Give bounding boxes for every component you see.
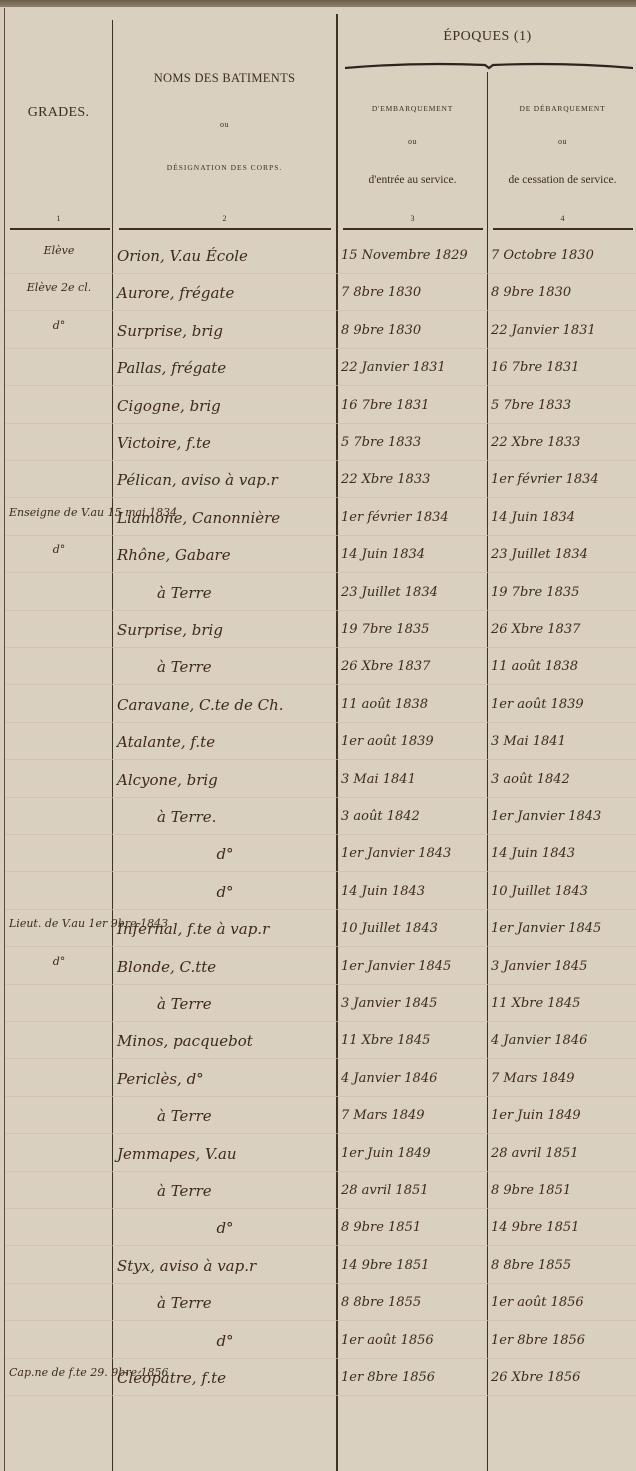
grade-cell xyxy=(9,1063,109,1104)
grade-cell xyxy=(9,876,109,917)
vessel-name-cell: Jemmapes, V.au xyxy=(117,1138,333,1175)
vessel-name-cell: Alcyone, brig xyxy=(117,764,333,801)
embarkation-date-cell: 7 8bre 1830 xyxy=(341,277,485,314)
header-noms-batiments: NOMS DES BATIMENTS xyxy=(113,71,336,86)
grade-cell xyxy=(9,689,109,730)
embarkation-date-cell: 1er Janvier 1843 xyxy=(341,838,485,875)
table-row: ElèveOrion, V.au École15 Novembre 18297 … xyxy=(5,240,636,277)
disembarkation-date-cell: 16 7bre 1831 xyxy=(491,352,635,389)
disembarkation-date-cell: 1er août 1856 xyxy=(491,1287,635,1324)
vessel-name-cell: à Terre. xyxy=(117,801,333,838)
disembarkation-date-cell: 8 9bre 1830 xyxy=(491,277,635,314)
column-number-1: 1 xyxy=(5,214,112,223)
disembarkation-date-cell: 26 Xbre 1856 xyxy=(491,1362,635,1399)
disembarkation-date-cell: 8 8bre 1855 xyxy=(491,1250,635,1287)
embarkation-date-cell: 16 7bre 1831 xyxy=(341,390,485,427)
disembarkation-date-cell: 8 9bre 1851 xyxy=(491,1175,635,1212)
embarkation-date-cell: 14 Juin 1843 xyxy=(341,876,485,913)
disembarkation-date-cell: 3 Janvier 1845 xyxy=(491,951,635,988)
header-cessation-service: de cessation de service. xyxy=(488,174,636,186)
epoques-brace-icon xyxy=(345,60,633,70)
disembarkation-date-cell: 5 7bre 1833 xyxy=(491,390,635,427)
header-underline-1 xyxy=(10,228,110,230)
disembarkation-date-cell: 4 Janvier 1846 xyxy=(491,1025,635,1062)
embarkation-date-cell: 10 Juillet 1843 xyxy=(341,913,485,950)
grade-cell xyxy=(9,427,109,468)
vessel-name-cell: d° xyxy=(117,838,333,875)
header-noms-ou: ou xyxy=(113,120,336,129)
embarkation-date-cell: 8 9bre 1851 xyxy=(341,1212,485,1249)
disembarkation-date-cell: 22 Xbre 1833 xyxy=(491,427,635,464)
table-row: à Terre.3 août 18421er Janvier 1843 xyxy=(5,801,636,838)
embarkation-date-cell: 11 Xbre 1845 xyxy=(341,1025,485,1062)
disembarkation-date-cell: 3 Mai 1841 xyxy=(491,726,635,763)
column-number-2: 2 xyxy=(113,214,336,223)
grade-cell xyxy=(9,764,109,805)
header-entree-service: d'entrée au service. xyxy=(338,174,487,186)
header-designation-corps: DÉSIGNATION DES CORPS. xyxy=(113,163,336,172)
embarkation-date-cell: 1er février 1834 xyxy=(341,502,485,539)
vessel-name-cell: d° xyxy=(117,1212,333,1249)
grade-cell: d° xyxy=(9,539,109,580)
embarkation-date-cell: 8 8bre 1855 xyxy=(341,1287,485,1324)
disembarkation-date-cell: 1er août 1839 xyxy=(491,689,635,726)
table-row: Pallas, frégate22 Janvier 183116 7bre 18… xyxy=(5,352,636,389)
disembarkation-date-cell: 23 Juillet 1834 xyxy=(491,539,635,576)
header-debarquement: DE DÉBARQUEMENT xyxy=(488,104,636,113)
disembarkation-date-cell: 1er 8bre 1856 xyxy=(491,1325,635,1362)
table-row: Cap.ne de f.te 29. 9bre 1856Cléopatre, f… xyxy=(5,1362,636,1399)
vessel-name-cell: d° xyxy=(117,876,333,913)
grade-cell xyxy=(9,1287,109,1328)
disembarkation-date-cell: 7 Octobre 1830 xyxy=(491,240,635,277)
disembarkation-date-cell: 14 Juin 1843 xyxy=(491,838,635,875)
disembarkation-date-cell: 1er Janvier 1843 xyxy=(491,801,635,838)
embarkation-date-cell: 19 7bre 1835 xyxy=(341,614,485,651)
embarkation-date-cell: 22 Xbre 1833 xyxy=(341,464,485,501)
vessel-name-cell: Pallas, frégate xyxy=(117,352,333,389)
vessel-name-cell: Aurore, frégate xyxy=(117,277,333,314)
grade-cell xyxy=(9,464,109,505)
embarkation-date-cell: 3 août 1842 xyxy=(341,801,485,838)
vessel-name-cell: à Terre xyxy=(117,1100,333,1137)
grade-cell: d° xyxy=(9,951,109,992)
grade-cell xyxy=(9,651,109,692)
table-row: d°Rhône, Gabare14 Juin 183423 Juillet 18… xyxy=(5,539,636,576)
vessel-name-cell: Infernal, f.te à vap.r xyxy=(117,913,333,950)
header-underline-2 xyxy=(119,228,331,230)
embarkation-date-cell: 3 Mai 1841 xyxy=(341,764,485,801)
disembarkation-date-cell: 7 Mars 1849 xyxy=(491,1063,635,1100)
embarkation-date-cell: 23 Juillet 1834 xyxy=(341,577,485,614)
embarkation-date-cell: 22 Janvier 1831 xyxy=(341,352,485,389)
vessel-name-cell: à Terre xyxy=(117,988,333,1025)
grade-cell: Lieut. de V.au 1er 9bre 1843 xyxy=(9,913,109,954)
vessel-name-cell: Blonde, C.tte xyxy=(117,951,333,988)
grade-cell xyxy=(9,577,109,618)
vessel-name-cell: Atalante, f.te xyxy=(117,726,333,763)
header-grades: GRADES. xyxy=(5,105,112,121)
table-row: à Terre23 Juillet 183419 7bre 1835 xyxy=(5,577,636,614)
column-number-4: 4 xyxy=(488,214,636,223)
header-epoques: ÉPOQUES (1) xyxy=(338,29,636,45)
register-page: GRADES. NOMS DES BATIMENTS ou DÉSIGNATIO… xyxy=(4,8,636,1471)
embarkation-date-cell: 28 avril 1851 xyxy=(341,1175,485,1212)
grade-cell xyxy=(9,1212,109,1253)
vessel-name-cell: Periclès, d° xyxy=(117,1063,333,1100)
grade-cell xyxy=(9,801,109,842)
vessel-name-cell: Victoire, f.te xyxy=(117,427,333,464)
vessel-name-cell: Surprise, brig xyxy=(117,315,333,352)
disembarkation-date-cell: 14 Juin 1834 xyxy=(491,502,635,539)
table-row: d°Blonde, C.tte1er Janvier 18453 Janvier… xyxy=(5,951,636,988)
vessel-name-cell: à Terre xyxy=(117,1287,333,1324)
vessel-name-cell: Rhône, Gabare xyxy=(117,539,333,576)
vessel-name-cell: Minos, pacquebot xyxy=(117,1025,333,1062)
disembarkation-date-cell: 11 août 1838 xyxy=(491,651,635,688)
vessel-name-cell: Pélican, aviso à vap.r xyxy=(117,464,333,501)
grade-cell: Cap.ne de f.te 29. 9bre 1856 xyxy=(9,1362,109,1403)
grade-cell xyxy=(9,1175,109,1216)
embarkation-date-cell: 8 9bre 1830 xyxy=(341,315,485,352)
grade-cell: Elève xyxy=(9,240,109,281)
table-row: Jemmapes, V.au1er Juin 184928 avril 1851 xyxy=(5,1138,636,1175)
disembarkation-date-cell: 19 7bre 1835 xyxy=(491,577,635,614)
table-row: Atalante, f.te1er août 18393 Mai 1841 xyxy=(5,726,636,763)
grade-cell xyxy=(9,1025,109,1066)
disembarkation-date-cell: 3 août 1842 xyxy=(491,764,635,801)
table-row: Alcyone, brig3 Mai 18413 août 1842 xyxy=(5,764,636,801)
grade-cell xyxy=(9,1138,109,1179)
table-row: Periclès, d°4 Janvier 18467 Mars 1849 xyxy=(5,1063,636,1100)
vessel-name-cell: à Terre xyxy=(117,1175,333,1212)
vessel-name-cell: Liamone, Canonnière xyxy=(117,502,333,539)
table-row: Caravane, C.te de Ch.11 août 18381er aoû… xyxy=(5,689,636,726)
disembarkation-date-cell: 28 avril 1851 xyxy=(491,1138,635,1175)
vessel-name-cell: d° xyxy=(117,1325,333,1362)
table-row: à Terre28 avril 18518 9bre 1851 xyxy=(5,1175,636,1212)
disembarkation-date-cell: 14 9bre 1851 xyxy=(491,1212,635,1249)
header-embarquement-ou: ou xyxy=(338,137,487,146)
disembarkation-date-cell: 26 Xbre 1837 xyxy=(491,614,635,651)
grade-cell: Elève 2e cl. xyxy=(9,277,109,318)
table-row: d°1er août 18561er 8bre 1856 xyxy=(5,1325,636,1362)
table-row: d°Surprise, brig8 9bre 183022 Janvier 18… xyxy=(5,315,636,352)
embarkation-date-cell: 1er Juin 1849 xyxy=(341,1138,485,1175)
grade-cell xyxy=(9,1100,109,1141)
grade-cell: Enseigne de V.au 15 mai 1834 xyxy=(9,502,109,543)
table-row: à Terre26 Xbre 183711 août 1838 xyxy=(5,651,636,688)
embarkation-date-cell: 15 Novembre 1829 xyxy=(341,240,485,277)
header-embarquement: D'EMBARQUEMENT xyxy=(338,104,487,113)
embarkation-date-cell: 26 Xbre 1837 xyxy=(341,651,485,688)
column-number-3: 3 xyxy=(338,214,487,223)
table-row: Elève 2e cl.Aurore, frégate7 8bre 18308 … xyxy=(5,277,636,314)
grade-cell xyxy=(9,988,109,1029)
table-row: Surprise, brig19 7bre 183526 Xbre 1837 xyxy=(5,614,636,651)
embarkation-date-cell: 7 Mars 1849 xyxy=(341,1100,485,1137)
disembarkation-date-cell: 1er Janvier 1845 xyxy=(491,913,635,950)
disembarkation-date-cell: 22 Janvier 1831 xyxy=(491,315,635,352)
vessel-name-cell: Caravane, C.te de Ch. xyxy=(117,689,333,726)
grade-cell: d° xyxy=(9,315,109,356)
vessel-name-cell: Cléopatre, f.te xyxy=(117,1362,333,1399)
table-row: Pélican, aviso à vap.r22 Xbre 18331er fé… xyxy=(5,464,636,501)
table-row: Styx, aviso à vap.r14 9bre 18518 8bre 18… xyxy=(5,1250,636,1287)
vessel-name-cell: Cigogne, brig xyxy=(117,390,333,427)
grade-cell xyxy=(9,390,109,431)
disembarkation-date-cell: 11 Xbre 1845 xyxy=(491,988,635,1025)
embarkation-date-cell: 1er 8bre 1856 xyxy=(341,1362,485,1399)
embarkation-date-cell: 14 9bre 1851 xyxy=(341,1250,485,1287)
embarkation-date-cell: 1er août 1839 xyxy=(341,726,485,763)
grade-cell xyxy=(9,726,109,767)
embarkation-date-cell: 3 Janvier 1845 xyxy=(341,988,485,1025)
header-debarquement-ou: ou xyxy=(488,137,636,146)
embarkation-date-cell: 11 août 1838 xyxy=(341,689,485,726)
table-row: Enseigne de V.au 15 mai 1834Liamone, Can… xyxy=(5,502,636,539)
vessel-name-cell: Orion, V.au École xyxy=(117,240,333,277)
grade-cell xyxy=(9,614,109,655)
header-underline-4 xyxy=(493,228,633,230)
scan-top-border xyxy=(0,0,636,7)
table-row: d°14 Juin 184310 Juillet 1843 xyxy=(5,876,636,913)
disembarkation-date-cell: 1er Juin 1849 xyxy=(491,1100,635,1137)
vessel-name-cell: à Terre xyxy=(117,651,333,688)
disembarkation-date-cell: 1er février 1834 xyxy=(491,464,635,501)
grade-cell xyxy=(9,1250,109,1291)
table-row: à Terre7 Mars 18491er Juin 1849 xyxy=(5,1100,636,1137)
disembarkation-date-cell: 10 Juillet 1843 xyxy=(491,876,635,913)
table-row: à Terre3 Janvier 184511 Xbre 1845 xyxy=(5,988,636,1025)
table-row: Minos, pacquebot11 Xbre 18454 Janvier 18… xyxy=(5,1025,636,1062)
table-row: Lieut. de V.au 1er 9bre 1843Infernal, f.… xyxy=(5,913,636,950)
vessel-name-cell: à Terre xyxy=(117,577,333,614)
table-row: d°1er Janvier 184314 Juin 1843 xyxy=(5,838,636,875)
grade-cell xyxy=(9,352,109,393)
header-underline-3 xyxy=(343,228,483,230)
embarkation-date-cell: 1er Janvier 1845 xyxy=(341,951,485,988)
table-row: d°8 9bre 185114 9bre 1851 xyxy=(5,1212,636,1249)
embarkation-date-cell: 1er août 1856 xyxy=(341,1325,485,1362)
grade-cell xyxy=(9,838,109,879)
grade-cell xyxy=(9,1325,109,1366)
table-row: Victoire, f.te5 7bre 183322 Xbre 1833 xyxy=(5,427,636,464)
table-row: Cigogne, brig16 7bre 18315 7bre 1833 xyxy=(5,390,636,427)
embarkation-date-cell: 5 7bre 1833 xyxy=(341,427,485,464)
vessel-name-cell: Surprise, brig xyxy=(117,614,333,651)
vessel-name-cell: Styx, aviso à vap.r xyxy=(117,1250,333,1287)
table-row: à Terre8 8bre 18551er août 1856 xyxy=(5,1287,636,1324)
embarkation-date-cell: 14 Juin 1834 xyxy=(341,539,485,576)
embarkation-date-cell: 4 Janvier 1846 xyxy=(341,1063,485,1100)
